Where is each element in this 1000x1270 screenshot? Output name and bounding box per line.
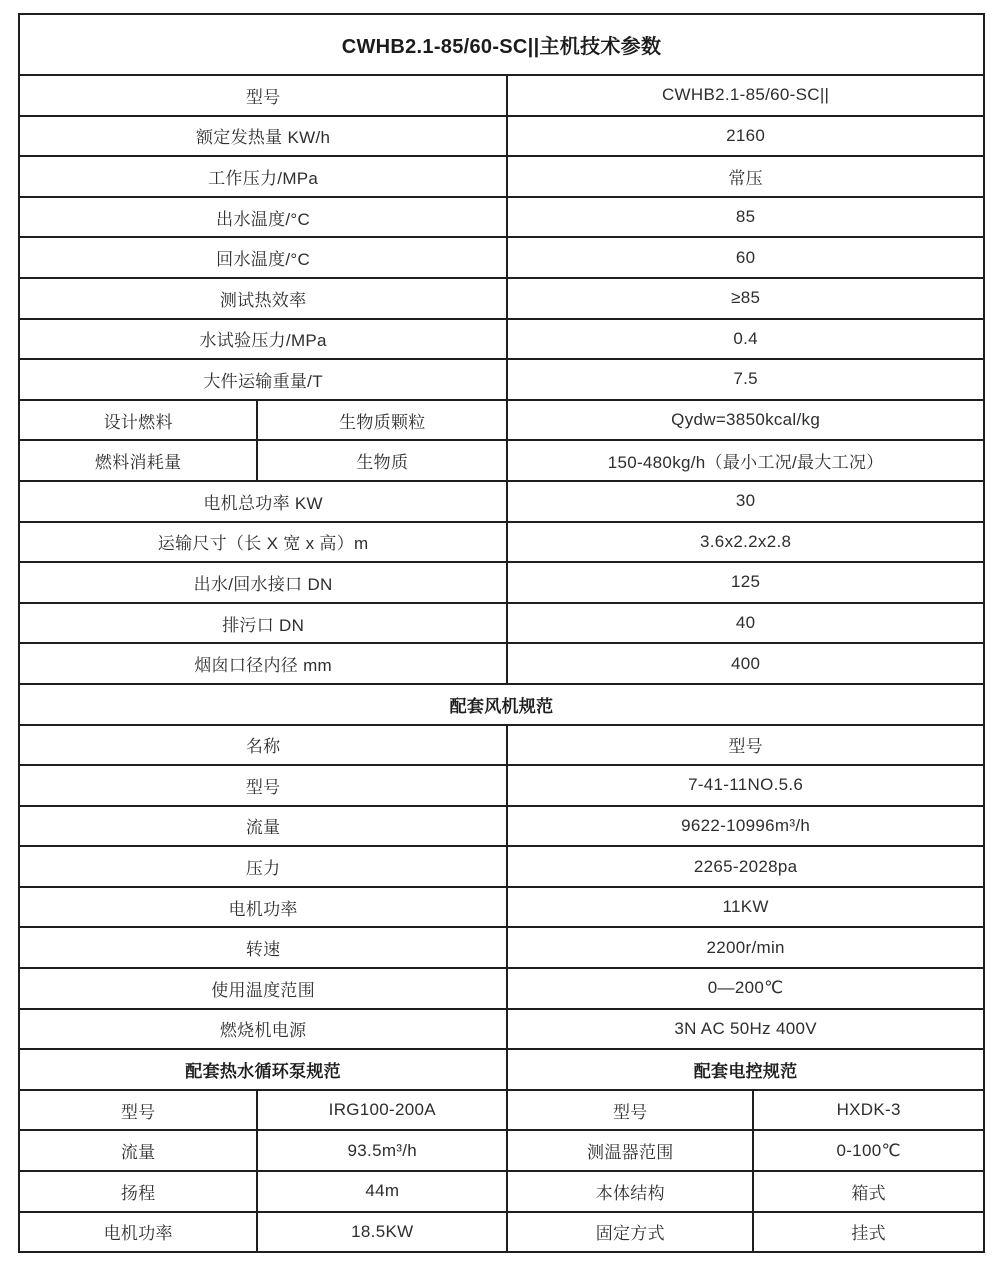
row-label: 电机功率	[19, 887, 507, 928]
table-row: 流量9622-10996m³/h	[19, 806, 984, 847]
electric-row-value: 箱式	[753, 1171, 984, 1212]
row-label: 大件运输重量/T	[19, 359, 507, 400]
row-value: 7.5	[507, 359, 984, 400]
row-label: 压力	[19, 846, 507, 887]
table-row: 水试验压力/MPa0.4	[19, 319, 984, 360]
table-row: 电机功率18.5KW固定方式挂式	[19, 1212, 984, 1253]
electric-row-value: HXDK-3	[753, 1090, 984, 1131]
pump-section-header: 配套热水循环泵规范	[19, 1049, 507, 1090]
row-label: 出水温度/°C	[19, 197, 507, 238]
electric-section-header: 配套电控规范	[507, 1049, 984, 1090]
row-value: 0—200℃	[507, 968, 984, 1009]
row-value: 0.4	[507, 319, 984, 360]
row-value: 型号	[507, 725, 984, 766]
table-row: 额定发热量 KW/h2160	[19, 116, 984, 157]
pump-row-value: 44m	[257, 1171, 507, 1212]
row-label: 排污口 DN	[19, 603, 507, 644]
electric-row-value: 0-100℃	[753, 1130, 984, 1171]
row-label: 水试验压力/MPa	[19, 319, 507, 360]
row-value: 400	[507, 643, 984, 684]
table-row: 测试热效率≥85	[19, 278, 984, 319]
pump-row-label: 型号	[19, 1090, 257, 1131]
row-label: 型号	[19, 765, 507, 806]
row-value: 2160	[507, 116, 984, 157]
row-value: CWHB2.1-85/60-SC||	[507, 75, 984, 116]
table-row: 名称型号	[19, 725, 984, 766]
pump-row-label: 电机功率	[19, 1212, 257, 1253]
pump-row-label: 流量	[19, 1130, 257, 1171]
pump-row-value: 18.5KW	[257, 1212, 507, 1253]
row-label: 流量	[19, 806, 507, 847]
row-label: 回水温度/°C	[19, 237, 507, 278]
row-value: 3N AC 50Hz 400V	[507, 1009, 984, 1050]
row-label: 额定发热量 KW/h	[19, 116, 507, 157]
table-row: 回水温度/°C60	[19, 237, 984, 278]
electric-row-label: 固定方式	[507, 1212, 753, 1253]
row-value: 60	[507, 237, 984, 278]
row-value: 11KW	[507, 887, 984, 928]
row-value: 85	[507, 197, 984, 238]
row-value: 30	[507, 481, 984, 522]
table-row: 电机总功率 KW30	[19, 481, 984, 522]
fan-section-header: 配套风机规范	[19, 684, 984, 725]
row-label: 转速	[19, 927, 507, 968]
table-row: 压力2265-2028pa	[19, 846, 984, 887]
row-label: 运输尺寸（长 X 宽 x 高）m	[19, 522, 507, 563]
table-row: 使用温度范围0—200℃	[19, 968, 984, 1009]
pump-row-value: IRG100-200A	[257, 1090, 507, 1131]
row-value: 9622-10996m³/h	[507, 806, 984, 847]
electric-row-label: 型号	[507, 1090, 753, 1131]
table-row: 流量93.5m³/h测温器范围0-100℃	[19, 1130, 984, 1171]
row-label: 测试热效率	[19, 278, 507, 319]
table-row: 运输尺寸（长 X 宽 x 高）m3.6x2.2x2.8	[19, 522, 984, 563]
pump-row-label: 扬程	[19, 1171, 257, 1212]
table-row: 扬程44m本体结构箱式	[19, 1171, 984, 1212]
row-label: 型号	[19, 75, 507, 116]
table-row: 设计燃料生物质颗粒Qydw=3850kcal/kg	[19, 400, 984, 441]
title-row: CWHB2.1-85/60-SC||主机技术参数	[19, 14, 984, 75]
row-label: 出水/回水接口 DN	[19, 562, 507, 603]
spec-table: CWHB2.1-85/60-SC||主机技术参数 型号CWHB2.1-85/60…	[18, 13, 985, 1253]
table-row: 工作压力/MPa常压	[19, 156, 984, 197]
table-row: 出水温度/°C85	[19, 197, 984, 238]
table-row: 型号IRG100-200A型号HXDK-3	[19, 1090, 984, 1131]
row-value: Qydw=3850kcal/kg	[507, 400, 984, 441]
row-label: 燃烧机电源	[19, 1009, 507, 1050]
row-label: 工作压力/MPa	[19, 156, 507, 197]
table-row: 排污口 DN40	[19, 603, 984, 644]
row-value: 40	[507, 603, 984, 644]
row-value: 2200r/min	[507, 927, 984, 968]
row-label: 燃料消耗量	[19, 440, 257, 481]
section-header-row: 配套风机规范	[19, 684, 984, 725]
row-value: 常压	[507, 156, 984, 197]
table-row: 型号CWHB2.1-85/60-SC||	[19, 75, 984, 116]
spec-table-body: CWHB2.1-85/60-SC||主机技术参数 型号CWHB2.1-85/60…	[19, 14, 984, 1252]
row-label: 设计燃料	[19, 400, 257, 441]
electric-row-label: 测温器范围	[507, 1130, 753, 1171]
row-sub-label: 生物质	[257, 440, 507, 481]
table-row: 大件运输重量/T7.5	[19, 359, 984, 400]
table-row: 烟囱口径内径 mm400	[19, 643, 984, 684]
table-row: 转速2200r/min	[19, 927, 984, 968]
table-row: 电机功率11KW	[19, 887, 984, 928]
row-value: 125	[507, 562, 984, 603]
row-value: 3.6x2.2x2.8	[507, 522, 984, 563]
row-value: ≥85	[507, 278, 984, 319]
row-label: 名称	[19, 725, 507, 766]
electric-row-value: 挂式	[753, 1212, 984, 1253]
table-row: 燃烧机电源3N AC 50Hz 400V	[19, 1009, 984, 1050]
row-value: 150-480kg/h（最小工况/最大工况）	[507, 440, 984, 481]
section-header-row: 配套热水循环泵规范配套电控规范	[19, 1049, 984, 1090]
row-label: 使用温度范围	[19, 968, 507, 1009]
table-row: 型号7-41-11NO.5.6	[19, 765, 984, 806]
table-row: 燃料消耗量生物质150-480kg/h（最小工况/最大工况）	[19, 440, 984, 481]
row-value: 7-41-11NO.5.6	[507, 765, 984, 806]
row-label: 电机总功率 KW	[19, 481, 507, 522]
table-title: CWHB2.1-85/60-SC||主机技术参数	[19, 14, 984, 75]
table-row: 出水/回水接口 DN125	[19, 562, 984, 603]
pump-row-value: 93.5m³/h	[257, 1130, 507, 1171]
row-sub-label: 生物质颗粒	[257, 400, 507, 441]
row-value: 2265-2028pa	[507, 846, 984, 887]
electric-row-label: 本体结构	[507, 1171, 753, 1212]
page: CWHB2.1-85/60-SC||主机技术参数 型号CWHB2.1-85/60…	[0, 0, 1000, 1270]
row-label: 烟囱口径内径 mm	[19, 643, 507, 684]
